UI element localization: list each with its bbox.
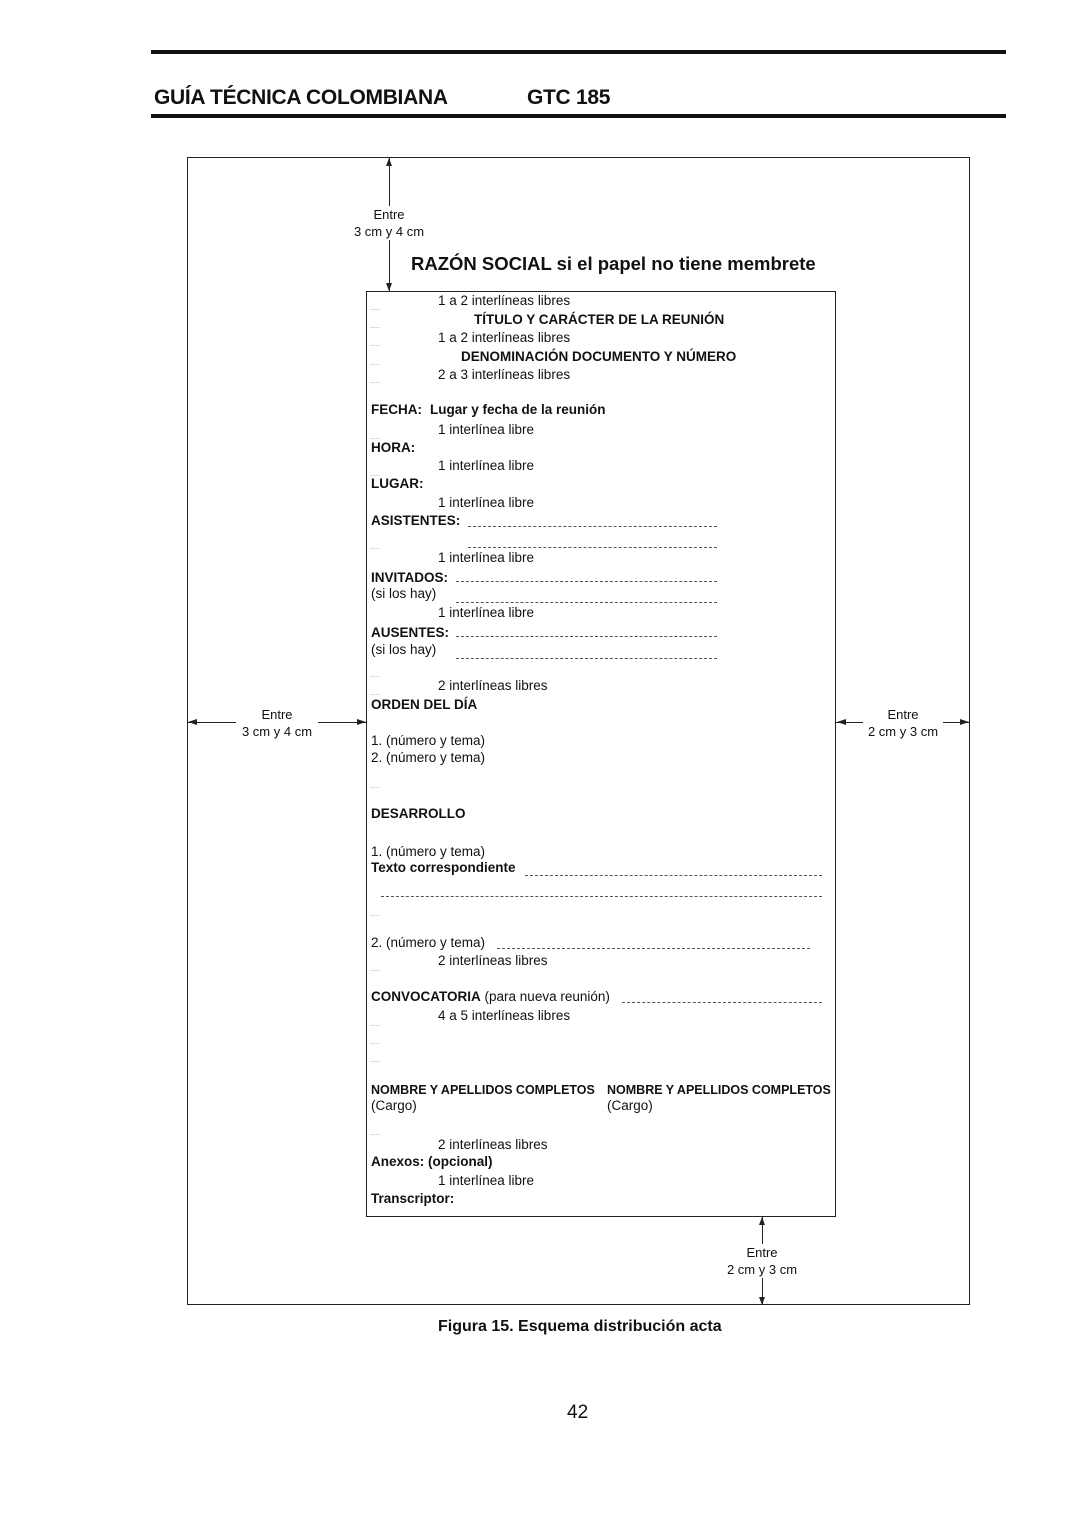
signature-name-2: NOMBRE Y APELLIDOS COMPLETOS [607, 1082, 831, 1098]
texto-fill-line [525, 875, 822, 876]
convocatoria-label: CONVOCATORIA [371, 989, 481, 1004]
development-item: 1. (número y tema) [371, 844, 485, 860]
spacing-note: 2 interlíneas libres [438, 678, 548, 694]
spacing-note: 1 interlínea libre [438, 458, 534, 474]
guide-tick [370, 364, 380, 365]
header-top-rule [151, 50, 1006, 54]
right-margin-label: Entre 2 cm y 3 cm [863, 706, 943, 740]
spacing-note: 1 interlínea libre [438, 495, 534, 511]
top-margin-line1: Entre [345, 206, 433, 223]
invitados-label: INVITADOS: [371, 570, 448, 586]
development-item: 2. (número y tema) [371, 935, 485, 951]
guide-tick [370, 1025, 380, 1026]
arrow-left-icon [837, 719, 846, 725]
ausentes-label: AUSENTES: [371, 625, 449, 641]
arrow-up-icon [759, 1217, 765, 1225]
spacing-note: 1 interlínea libre [438, 1173, 534, 1189]
ausentes-note: (si los hay) [371, 642, 436, 658]
top-margin-label: Entre 3 cm y 4 cm [345, 206, 433, 240]
asistentes-fill-line [468, 526, 717, 527]
spacing-note: 1 interlínea libre [438, 550, 534, 566]
bottom-margin-label: Entre 2 cm y 3 cm [722, 1244, 802, 1278]
guide-tick [370, 382, 380, 383]
arrow-down-icon [759, 1297, 765, 1305]
guide-tick [370, 1061, 380, 1062]
document-denomination: DENOMINACIÓN DOCUMENTO Y NÚMERO [461, 349, 736, 365]
arrow-down-icon [386, 283, 392, 291]
figure-caption: Figura 15. Esquema distribución acta [438, 1318, 722, 1336]
right-margin-line1: Entre [863, 706, 943, 723]
right-margin-line2: 2 cm y 3 cm [863, 723, 943, 740]
document-title: GUÍA TÉCNICA COLOMBIANA [154, 86, 448, 110]
signature-role-1: (Cargo) [371, 1098, 417, 1114]
agenda-item: 1. (número y tema) [371, 733, 485, 749]
ausentes-fill-line [456, 658, 717, 659]
spacing-note: 1 interlínea libre [438, 605, 534, 621]
arrow-right-icon [960, 719, 969, 725]
convocatoria-fill-line [622, 1002, 822, 1003]
transcriptor-label: Transcriptor: [371, 1191, 454, 1207]
spacing-note: 4 a 5 interlíneas libres [438, 1008, 570, 1024]
page-number: 42 [567, 1403, 588, 1423]
left-margin-label: Entre 3 cm y 4 cm [236, 706, 318, 740]
lugar-label: LUGAR: [371, 476, 424, 492]
guide-tick [370, 548, 380, 549]
left-margin-line2: 3 cm y 4 cm [236, 723, 318, 740]
arrow-left-icon [188, 719, 197, 725]
asistentes-fill-line [468, 547, 717, 548]
texto-fill-line [381, 896, 822, 897]
guide-tick [370, 915, 380, 916]
guide-tick [370, 787, 380, 788]
signature-name-1: NOMBRE Y APELLIDOS COMPLETOS [371, 1082, 595, 1098]
orden-del-dia-heading: ORDEN DEL DÍA [371, 697, 477, 713]
left-margin-line1: Entre [236, 706, 318, 723]
guide-tick [370, 327, 380, 328]
item2-fill-line [497, 948, 810, 949]
guide-tick [370, 970, 380, 971]
spacing-note: 1 a 2 interlíneas libres [438, 330, 570, 346]
convocatoria-line: CONVOCATORIA (para nueva reunión) [371, 989, 610, 1005]
invitados-fill-line [456, 581, 717, 582]
texto-correspondiente-label: Texto correspondiente [371, 860, 516, 876]
header-bottom-rule [151, 114, 1006, 118]
spacing-note: 2 interlíneas libres [438, 953, 548, 969]
document-code: GTC 185 [527, 86, 610, 110]
guide-tick [370, 345, 380, 346]
convocatoria-note: (para nueva reunión) [485, 989, 610, 1004]
fecha-value: Lugar y fecha de la reunión [430, 402, 606, 418]
invitados-fill-line [456, 602, 717, 603]
meeting-title-placeholder: TÍTULO Y CARÁCTER DE LA REUNIÓN [474, 312, 724, 328]
spacing-note: 2 a 3 interlíneas libres [438, 367, 570, 383]
guide-tick [370, 1043, 380, 1044]
arrow-right-icon [357, 719, 366, 725]
guide-tick [370, 438, 380, 439]
desarrollo-heading: DESARROLLO [371, 806, 466, 822]
razon-social-heading: RAZÓN SOCIAL si el papel no tiene membre… [411, 254, 816, 274]
guide-tick [370, 694, 380, 695]
ausentes-fill-line [456, 636, 717, 637]
agenda-item: 2. (número y tema) [371, 750, 485, 766]
asistentes-label: ASISTENTES: [371, 513, 460, 529]
arrow-up-icon [386, 158, 392, 166]
guide-tick [370, 309, 380, 310]
bottom-margin-line2: 2 cm y 3 cm [722, 1261, 802, 1278]
top-margin-line2: 3 cm y 4 cm [345, 223, 433, 240]
bottom-margin-line1: Entre [722, 1244, 802, 1261]
spacing-note: 2 interlíneas libres [438, 1137, 548, 1153]
signature-role-2: (Cargo) [607, 1098, 653, 1114]
anexos-label: Anexos: (opcional) [371, 1154, 493, 1170]
guide-tick [370, 1134, 380, 1135]
hora-label: HORA: [371, 440, 415, 456]
spacing-note: 1 interlínea libre [438, 422, 534, 438]
guide-tick [370, 676, 380, 677]
spacing-note: 1 a 2 interlíneas libres [438, 293, 570, 309]
invitados-note: (si los hay) [371, 586, 436, 602]
fecha-label: FECHA: [371, 402, 422, 418]
